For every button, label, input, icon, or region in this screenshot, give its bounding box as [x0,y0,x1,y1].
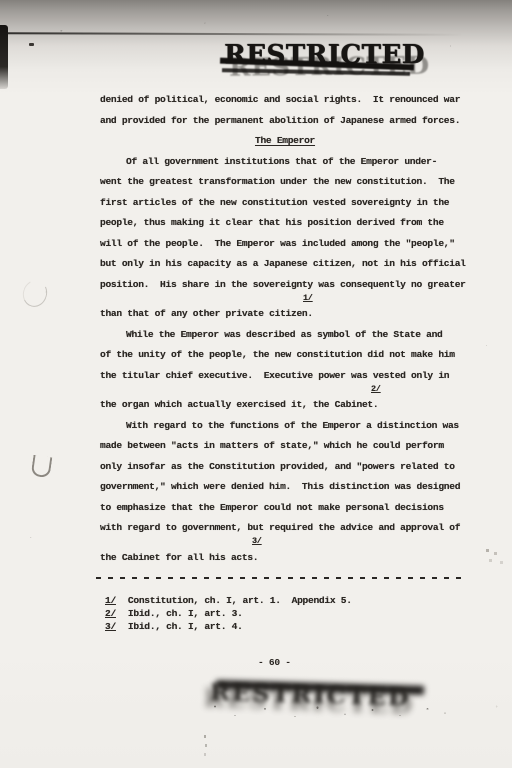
footnote-marker: 1/ [105,595,116,606]
text-line: made between "acts in matters of state,"… [100,436,480,457]
text-line: the titular chief executive. Executive p… [100,366,480,387]
text-line: Of all government institutions that of t… [100,152,480,173]
footnote-marker: 2/ [105,608,116,619]
scan-artifact-dots [204,735,206,738]
restricted-stamp-top: RESTRICTED RESTRICTED [224,40,410,86]
footnote-text: Ibid., ch. I, art. 3. [128,608,243,619]
text-line: first articles of the new constitution v… [100,193,480,214]
binding-mark [0,25,8,89]
footnote-reference-2: 2/ [371,384,381,394]
footnote-marker: 3/ [105,621,116,632]
text-line: denied of political, economic and social… [100,90,480,111]
text-line: the Cabinet for all his acts. [100,548,480,569]
footnotes-block: 1/Constitution, ch. I, art. 1. Appendix … [105,594,352,633]
footnote: 1/Constitution, ch. I, art. 1. Appendix … [105,594,352,607]
text-line: to emphasize that the Emperor could not … [100,498,480,519]
pencil-mark-right-margin [486,549,489,552]
footnote-reference-1: 1/ [303,293,313,303]
text-line: While the Emperor was described as symbo… [100,325,480,346]
text-line: with regard to government, but required … [100,518,480,539]
footnote-text: Constitution, ch. I, art. 1. Appendix 5. [128,595,352,606]
footnote-separator-dashed-line [96,577,468,579]
text-line: With regard to the functions of the Empe… [100,416,480,437]
footnote-reference-3: 3/ [252,536,262,546]
ink-speck [29,43,34,46]
footnote: 3/Ibid., ch. I, art. 4. [105,620,352,633]
text-line: went the greatest transformation under t… [100,172,480,193]
text-line: of the unity of the people, the new cons… [100,345,480,366]
text-line: but only in his capacity as a Japanese c… [100,254,480,275]
page-edge-line [6,32,464,36]
section-heading: The Emperor [95,131,475,152]
text-line: and provided for the permanent abolition… [100,111,480,132]
text-line: only insofar as the Constitution provide… [100,457,480,478]
footnote: 2/Ibid., ch. I, art. 3. [105,607,352,620]
pencil-mark-left-lower [31,455,53,478]
pencil-mark-left-upper [19,277,50,310]
text-line: government," which were denied him. This… [100,477,480,498]
footnote-text: Ibid., ch. I, art. 4. [128,621,243,632]
typewritten-body: denied of political, economic and social… [100,90,480,568]
text-line: will of the people. The Emperor was incl… [100,234,480,255]
text-line: position. His share in the sovereignty w… [100,275,480,296]
stamp-ink-specks [200,700,450,722]
text-line: than that of any other private citizen. [100,304,480,325]
scanned-document-page: RESTRICTED RESTRICTED denied of politica… [0,0,512,768]
text-line: people, thus making it clear that his po… [100,213,480,234]
text-line: the organ which actually exercised it, t… [100,395,480,416]
page-number: - 60 - [258,657,291,668]
